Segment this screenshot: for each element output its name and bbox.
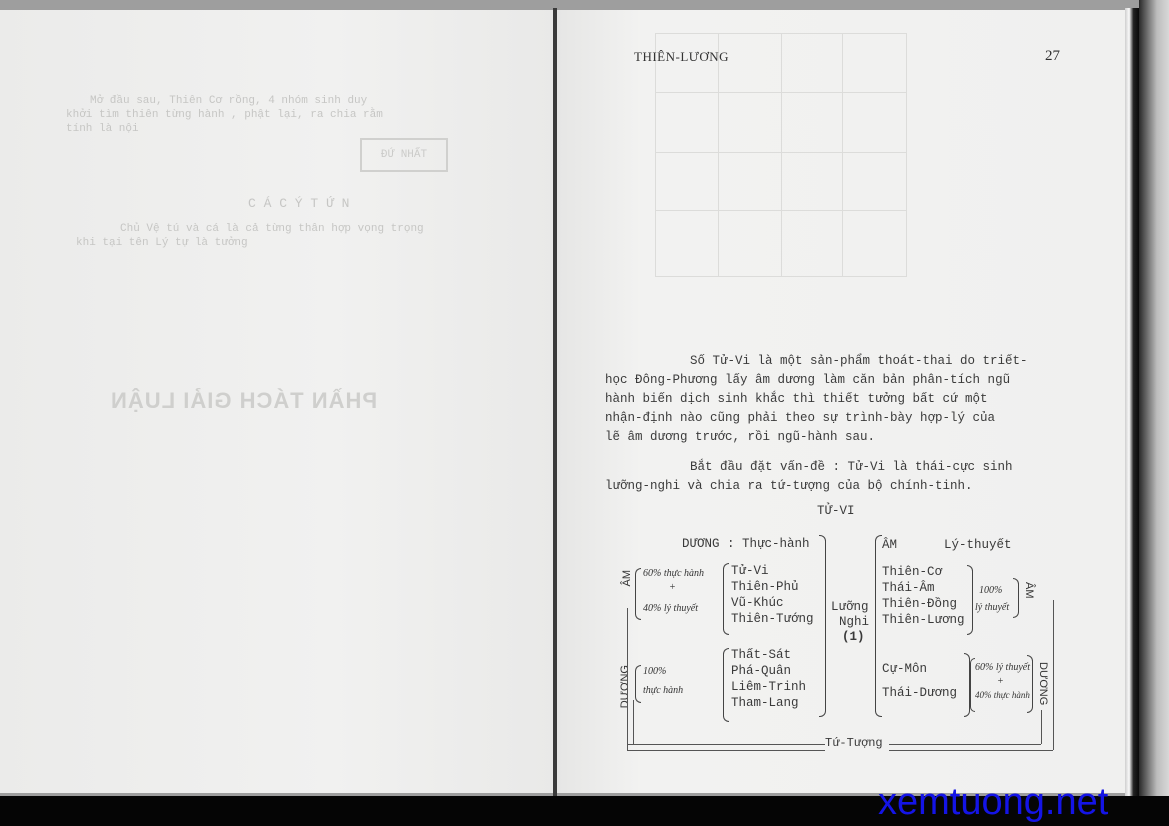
brace <box>1027 655 1033 713</box>
ratio-text: 60% thực hành <box>643 568 704 579</box>
brace <box>723 648 729 722</box>
ratio-text: 40% lý thuyết <box>643 603 698 614</box>
star-name: Tử-Vi <box>731 564 769 578</box>
connector-line <box>627 608 628 750</box>
ratio-text: 40% thực hành <box>975 690 1030 700</box>
watermark: xemtuong.net <box>878 782 1108 822</box>
plus-sign: + <box>669 582 676 593</box>
right-duong-label: DƯƠNG <box>1037 662 1049 705</box>
center-label: Nghi <box>839 615 869 629</box>
connector-line <box>1041 710 1042 744</box>
brace <box>635 568 641 620</box>
brace <box>967 565 973 635</box>
star-name: Thái-Âm <box>882 581 935 595</box>
ghost-text-line: Mở đầu sau, Thiên Cơ rồng, 4 nhóm sinh d… <box>90 95 367 107</box>
right-page: THIÊN-LƯƠNG 27 Số Tử-Vi là một sản-phẩm … <box>557 10 1125 793</box>
duong-header: DƯƠNG : Thực-hành <box>682 537 810 551</box>
ratio-text: thực hành <box>643 685 683 696</box>
ghost-text-line: khởi tìm thiên từng hành , phật lại, ra … <box>66 109 383 121</box>
text-line: lưỡng-nghi và chia ra tứ-tượng của bộ ch… <box>605 477 1065 496</box>
right-group-brace <box>875 535 882 717</box>
right-am-label: ÂM <box>1023 582 1035 599</box>
star-name: Thiên-Phủ <box>731 580 799 594</box>
tu-tuong-label: Tứ-Tượng <box>825 736 883 750</box>
ghost-text-line: Chủ Vệ tú và cá là cả từng thân hợp vọng… <box>120 223 424 235</box>
text-line: hành biến dịch sinh khắc thì thiết tưởng… <box>605 390 1065 409</box>
am-header: ÂM <box>882 538 897 552</box>
diagram-title: TỬ-VI <box>817 504 855 518</box>
brace <box>723 563 729 635</box>
star-name: Phá-Quân <box>731 664 791 678</box>
running-header: THIÊN-LƯƠNG <box>634 49 729 65</box>
page-number: 27 <box>1045 48 1060 65</box>
text-line: Số Tử-Vi là một sản-phẩm thoát-thai do t… <box>605 352 1065 371</box>
text-line: nhận-định nào cũng phải theo sự trình-bà… <box>605 409 1065 428</box>
connector-line <box>633 700 634 744</box>
star-name: Cự-Môn <box>882 662 927 676</box>
plus-sign: + <box>997 676 1004 687</box>
text-line: học Đông-Phương lấy âm dương làm căn bản… <box>605 371 1065 390</box>
left-duong-label: DƯƠNG <box>619 665 631 708</box>
left-page: Mở đầu sau, Thiên Cơ rồng, 4 nhóm sinh d… <box>0 10 555 793</box>
connector-line <box>627 750 825 751</box>
star-name: Thất-Sát <box>731 648 791 662</box>
ghost-text-line: tính là nội <box>66 123 139 135</box>
ghost-table <box>655 33 907 277</box>
connector-line <box>627 744 825 745</box>
ratio-text: 100% <box>979 585 1002 596</box>
ratio-text: 100% <box>643 666 666 677</box>
left-group-brace <box>819 535 826 717</box>
star-name: Thiên-Tướng <box>731 612 814 626</box>
ratio-text: lý thuyết <box>975 602 1009 613</box>
star-name: Thiên-Lương <box>882 613 965 627</box>
footnote-marker: (1) <box>842 630 865 644</box>
star-name: Thiên-Đồng <box>882 597 957 611</box>
page-edge <box>1125 8 1139 796</box>
brace <box>635 665 641 703</box>
am-header-right: Lý-thuyết <box>944 538 1012 552</box>
paragraph-2: Bắt đầu đặt vấn-đề : Tử-Vi là thái-cực s… <box>605 458 1065 496</box>
paragraph-1: Số Tử-Vi là một sản-phẩm thoát-thai do t… <box>605 352 1065 447</box>
page-edge-shadow <box>1139 0 1169 796</box>
ghost-stamp: ĐỨ NHẤT <box>360 138 448 172</box>
center-label: Lưỡng <box>831 600 869 614</box>
connector-line <box>889 744 1041 745</box>
connector-line <box>889 750 1053 751</box>
brace <box>1013 578 1019 618</box>
ratio-text: 60% lý thuyết <box>975 662 1030 673</box>
text-line: lẽ âm dương trước, rồi ngũ-hành sau. <box>605 428 1065 447</box>
ghost-text-line: khi tại tên Lý tự là tưởng <box>76 237 248 249</box>
star-name: Thiên-Cơ <box>882 565 942 579</box>
ghost-heading: C Á C Ý T Ứ N <box>248 196 349 211</box>
star-name: Tham-Lang <box>731 696 799 710</box>
text-line: Bắt đầu đặt vấn-đề : Tử-Vi là thái-cực s… <box>605 458 1065 477</box>
left-am-label: ÂM <box>621 570 633 587</box>
connector-line <box>1053 600 1054 750</box>
star-name: Liêm-Trinh <box>731 680 806 694</box>
star-name: Vũ-Khúc <box>731 596 784 610</box>
bleed-through-title: PHẦN TÁCH GIẢI LUẬN <box>110 388 377 414</box>
star-name: Thái-Dương <box>882 686 957 700</box>
